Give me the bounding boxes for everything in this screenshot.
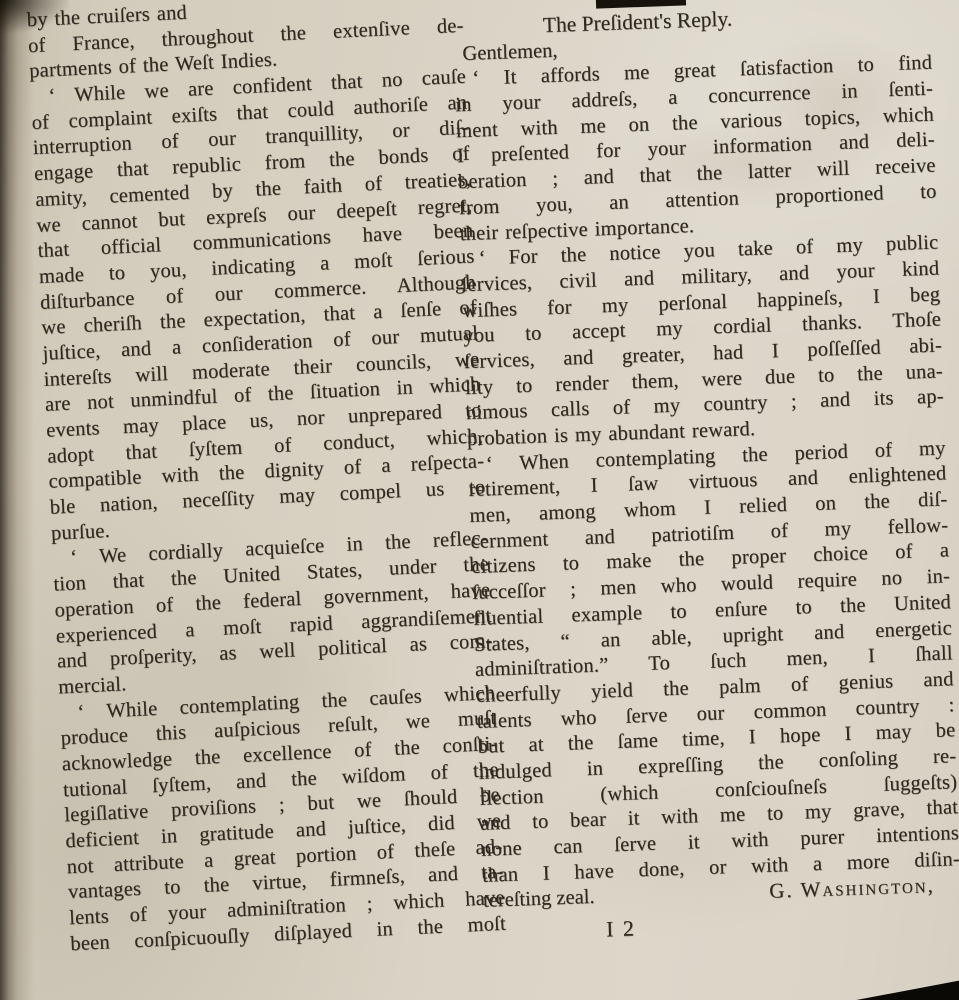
photo-background-corner (852, 978, 959, 1000)
paragraph: ‘ We cordially acquieſce in the reflec-t… (52, 527, 495, 701)
paragraph: ‘ While contemplating the cauſes whichpr… (59, 681, 507, 958)
horizontal-rule-fragment (596, 0, 686, 9)
signature-name: G. Washington, (769, 873, 935, 904)
paragraph: ‘ For the notice you take of my publicſe… (460, 231, 945, 453)
right-text-column: The Preſident's Reply. Gentlemen, ‘ It a… (452, 0, 959, 949)
paragraph: ‘ It affords me great ſatisfaction to fi… (454, 51, 938, 247)
closing-line-text: tereſting zeal. (483, 885, 595, 915)
binding-gutter-shadow (0, 0, 34, 1000)
left-text-column: by the cruiſers andof France, throughout… (26, 0, 506, 958)
top-left-corner-shadow (0, 0, 70, 34)
book-page-photo: by the cruiſers andof France, throughout… (0, 0, 959, 1000)
reply-paragraphs: ‘ It affords me great ſatisfaction to fi… (454, 51, 959, 889)
paragraph: ‘ While we are confident that no cauſeof… (30, 65, 487, 547)
paragraph: ‘ When contemplating the period of myret… (467, 436, 959, 889)
